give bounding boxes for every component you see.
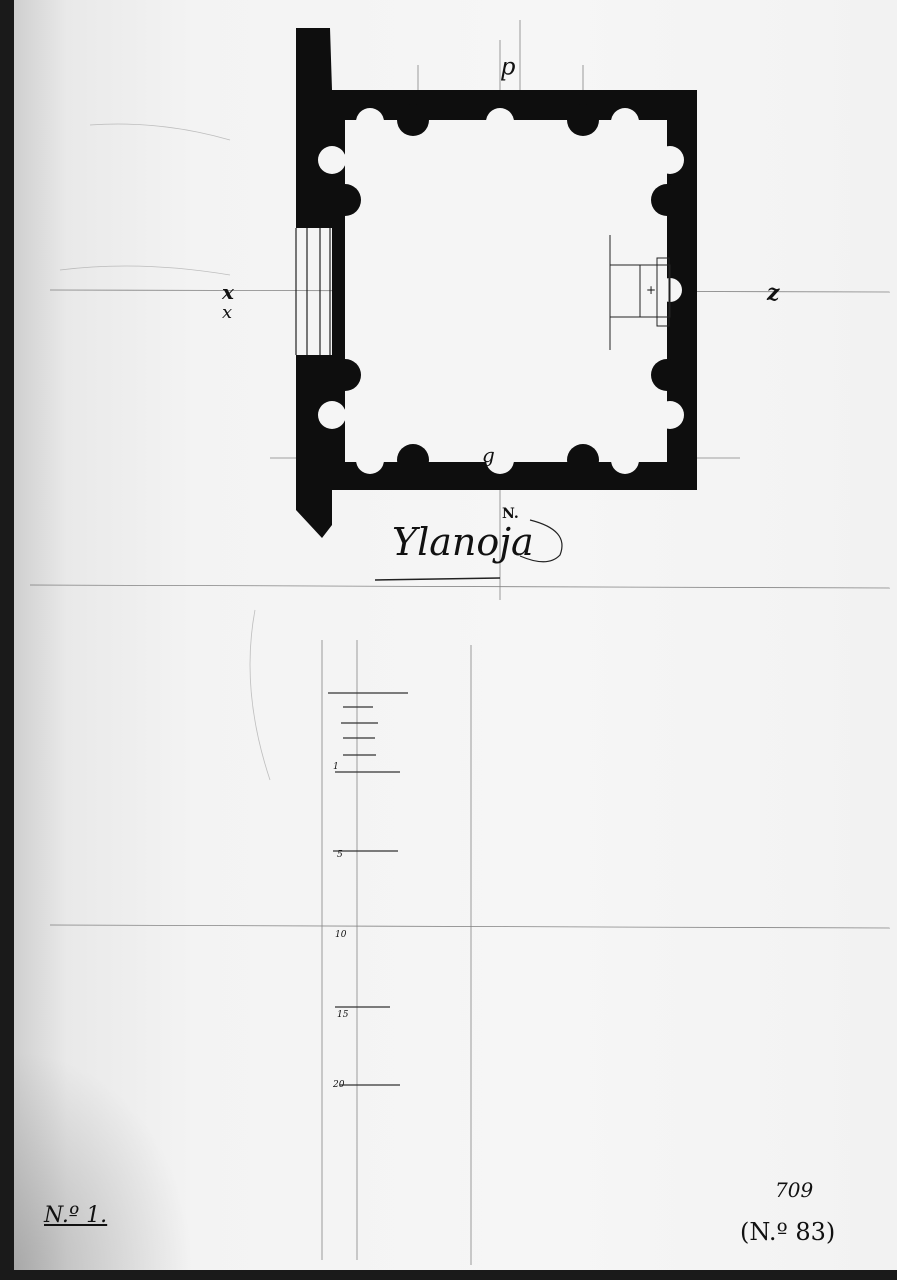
scale-label-15: 15 [337, 1010, 348, 1020]
scale-label-1: 1 [333, 762, 339, 772]
floor-plan-drawing: + [0, 0, 897, 1280]
section-mark-bottom: g [482, 443, 495, 467]
section-mark-top: d [500, 56, 515, 84]
sheet-number-note: N.º 1. [44, 1203, 107, 1228]
svg-text:+: + [646, 283, 656, 297]
section-mark-right: z [767, 280, 780, 306]
section-mark-left: x [222, 280, 234, 304]
section-mark-left-sub: x [222, 302, 232, 323]
catalog-number: 709 [775, 1178, 813, 1202]
catalog-reference: (N.º 83) [740, 1218, 835, 1246]
drawing-title: Ylanoja [392, 520, 534, 564]
scale-label-20: 20 [333, 1080, 344, 1090]
scale-label-10: 10 [335, 930, 346, 940]
scale-label-5: 5 [337, 850, 343, 860]
